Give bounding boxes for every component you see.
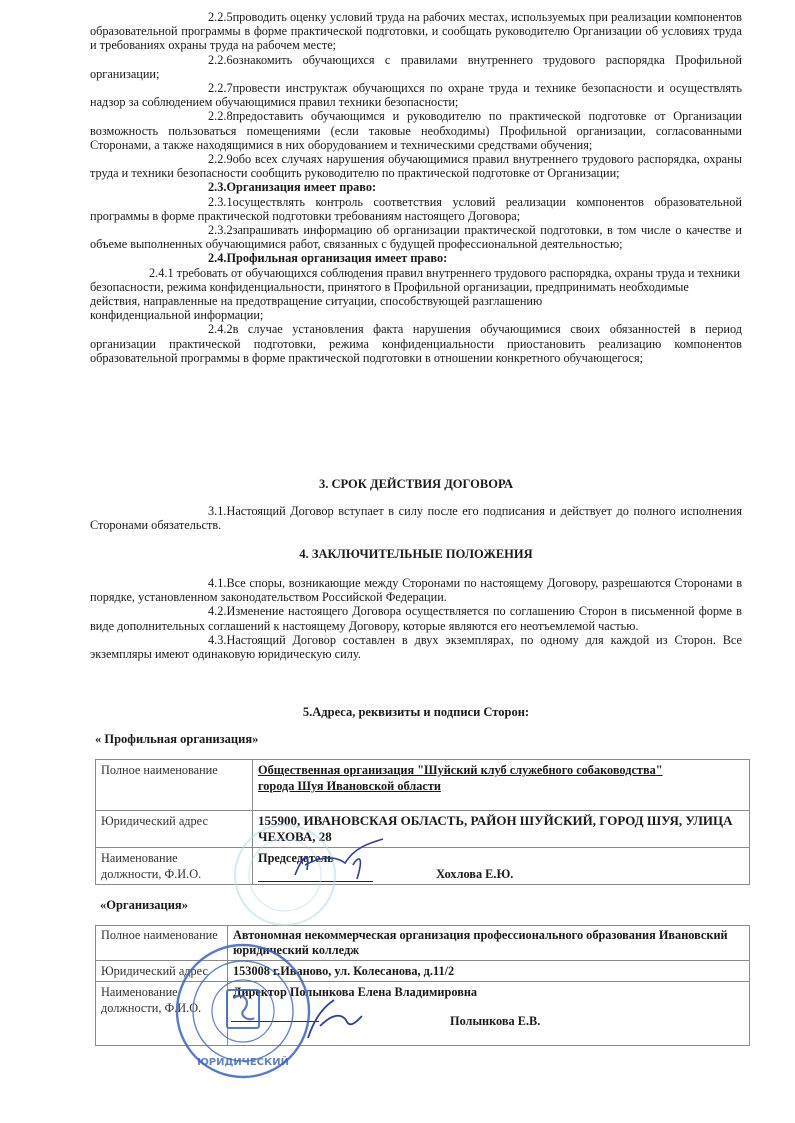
profile-org-name-label: Полное наименование [96, 760, 253, 811]
clause-2-4-1-tail: конфиденциальной информации; [90, 308, 742, 322]
svg-text:ЮРИДИЧЕСКИЙ: ЮРИДИЧЕСКИЙ [197, 1055, 289, 1068]
clause-4-3: 4.3.Настоящий Договор составлен в двух э… [90, 633, 742, 661]
clause-2-2-6: 2.2.6ознакомить обучающихся с правилами … [90, 53, 742, 81]
organization-address-row: Юридический адрес 153008 г.Иваново, ул. … [96, 961, 750, 982]
profile-org-name-row: Полное наименование Общественная организ… [96, 760, 750, 811]
contract-page: 2.2.5проводить оценку условий труда на р… [0, 0, 795, 1123]
organization-signer-row: Наименование должности, Ф.И.О. Директор … [96, 982, 750, 1046]
clause-2-4-1: 2.4.1 требовать от обучающихся соблюдени… [90, 266, 742, 309]
clause-4-2: 4.2.Изменение настоящего Договора осущес… [90, 604, 742, 632]
clause-2-2-8: 2.2.8предоставить обучающимся и руководи… [90, 109, 742, 152]
clause-2-2-7: 2.2.7провести инструктаж обучающихся по … [90, 81, 742, 109]
section-2-3-heading: 2.3.Организация имеет право: [90, 180, 742, 194]
organization-address-label: Юридический адрес [96, 961, 228, 982]
organization-table: Полное наименование Автономная некоммерч… [95, 925, 750, 1046]
section-5-title: 5.Адреса, реквизиты и подписи Сторон: [90, 705, 742, 720]
organization-signer-name: Полынкова Е.В. [450, 1013, 540, 1029]
clause-2-3-1: 2.3.1осуществлять контроль соответствия … [90, 195, 742, 223]
section-4-title: 4. ЗАКЛЮЧИТЕЛЬНЫЕ ПОЛОЖЕНИЯ [90, 547, 742, 562]
profile-org-address-row: Юридический адрес 155900, ИВАНОВСКАЯ ОБЛ… [96, 811, 750, 848]
clause-4-1: 4.1.Все споры, возникающие между Сторона… [90, 576, 742, 604]
clause-2-2-9: 2.2.9обо всех случаях нарушения обучающи… [90, 152, 742, 180]
section-3-title: 3. СРОК ДЕЙСТВИЯ ДОГОВОРА [90, 477, 742, 492]
section-2-4-heading: 2.4.Профильная организация имеет право: [90, 251, 742, 265]
profile-org-table: Полное наименование Общественная организ… [95, 759, 750, 885]
signature-line [258, 869, 373, 882]
clauses-2-2: 2.2.5проводить оценку условий труда на р… [90, 10, 742, 365]
profile-org-label: « Профильная организация» [95, 732, 258, 747]
organization-name-value: Автономная некоммерческая организация пр… [228, 926, 750, 961]
clause-2-2-5: 2.2.5проводить оценку условий труда на р… [90, 10, 742, 53]
organization-position-value: Директор Полынкова Елена Владимировна По… [228, 982, 750, 1046]
profile-org-position-label: Наименование должности, Ф.И.О. [96, 848, 253, 885]
section-3-body: 3.1.Настоящий Договор вступает в силу по… [90, 504, 742, 532]
profile-org-signer-name: Хохлова Е.Ю. [436, 867, 513, 881]
organization-address-value: 153008 г.Иваново, ул. Колесанова, д.11/2 [228, 961, 750, 982]
profile-org-signer-row: Наименование должности, Ф.И.О. Председат… [96, 848, 750, 885]
profile-org-name-value: Общественная организация "Шуйский клуб с… [253, 760, 750, 811]
clause-2-3-2: 2.3.2запрашивать информацию об организац… [90, 223, 742, 251]
clause-2-4-2: 2.4.2в случае установления факта нарушен… [90, 322, 742, 365]
signature-line [231, 1021, 319, 1022]
profile-org-address-label: Юридический адрес [96, 811, 253, 848]
organization-name-label: Полное наименование [96, 926, 228, 961]
section-4-body: 4.1.Все споры, возникающие между Сторона… [90, 576, 742, 661]
clause-3-1: 3.1.Настоящий Договор вступает в силу по… [90, 504, 742, 532]
organization-name-row: Полное наименование Автономная некоммерч… [96, 926, 750, 961]
profile-org-address-value: 155900, ИВАНОВСКАЯ ОБЛАСТЬ, РАЙОН ШУЙСКИ… [253, 811, 750, 848]
organization-position-label: Наименование должности, Ф.И.О. [96, 982, 228, 1046]
profile-org-position-value: Председатель Хохлова Е.Ю. [253, 848, 750, 885]
organization-label: «Организация» [100, 898, 188, 913]
